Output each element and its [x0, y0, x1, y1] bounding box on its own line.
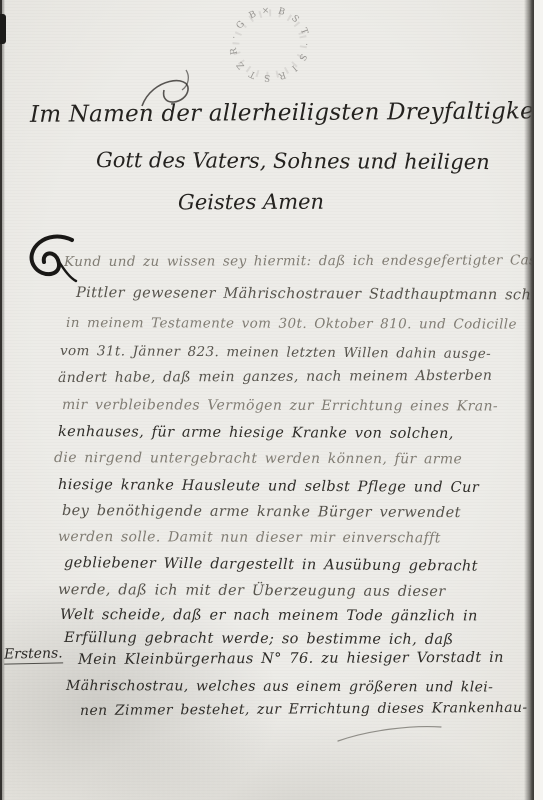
body-line: die nirgend untergebracht werden können,… [54, 450, 462, 467]
body-line: Welt scheide, daß er nach meinem Tode gä… [60, 607, 478, 624]
body-line: mir verbleibendes Vermögen zur Errichtun… [62, 397, 498, 415]
circular-ink-stamp: × B S T · S I R S T Z R · G B × [213, 0, 327, 98]
body-line: Pittler gewesener Mährischostrauer Stadt… [76, 285, 543, 303]
scan-margin-strip [534, 0, 543, 800]
body-line: Mein Kleinbürgerhaus N° 76. zu hiesiger … [78, 650, 504, 668]
body-line: nen Zimmer bestehet, zur Errichtung dies… [80, 700, 528, 719]
heading-line-1: Im Namen der allerheiligsten Dreyfaltigk… [30, 98, 543, 128]
body-line: kenhauses, für arme hiesige Kranke von s… [58, 424, 454, 442]
body-line: hiesige kranke Hausleute und selbst Pfle… [58, 477, 479, 496]
heading-line-2: Gott des Vaters, Sohnes und heiligen [96, 148, 490, 174]
heading-line-3: Geistes Amen [178, 190, 324, 215]
stamp-ring-text: × B S T · S I R S T Z R · G B × [213, 0, 319, 94]
body-line: Kund und zu wissen sey hiermit: daß ich … [64, 252, 543, 270]
pencil-stroke [334, 720, 446, 746]
manuscript-page: × B S T · S I R S T Z R · G B × Im Namen… [0, 0, 543, 800]
scan-edge-left [0, 0, 5, 800]
body-line: ändert habe, daß mein ganzes, nach meine… [58, 368, 492, 386]
body-line: vom 31t. Jänner 823. meinen letzten Will… [60, 343, 491, 362]
body-line: werden solle. Damit nun dieser mir einve… [58, 529, 441, 546]
scan-edge-right [524, 0, 534, 800]
body-line: in meinem Testamente vom 30t. Oktober 81… [66, 315, 517, 333]
body-line: Erfüllung gebracht werde; so bestimme ic… [64, 630, 454, 648]
body-line: gebliebener Wille dargestellt in Ausübun… [64, 555, 478, 575]
body-line: werde, daß ich mit der Überzeugung aus d… [58, 582, 446, 600]
svg-text:× B S T · S I R S T Z R · G B: × B S T · S I R S T Z R · G B × [213, 0, 319, 94]
scan-corner-mark [0, 14, 6, 44]
body-line: Mährischostrau, welches aus einem größer… [66, 678, 493, 695]
body-line: bey benöthigende arme kranke Bürger verw… [62, 503, 461, 521]
margin-note: Erstens. [4, 645, 63, 664]
